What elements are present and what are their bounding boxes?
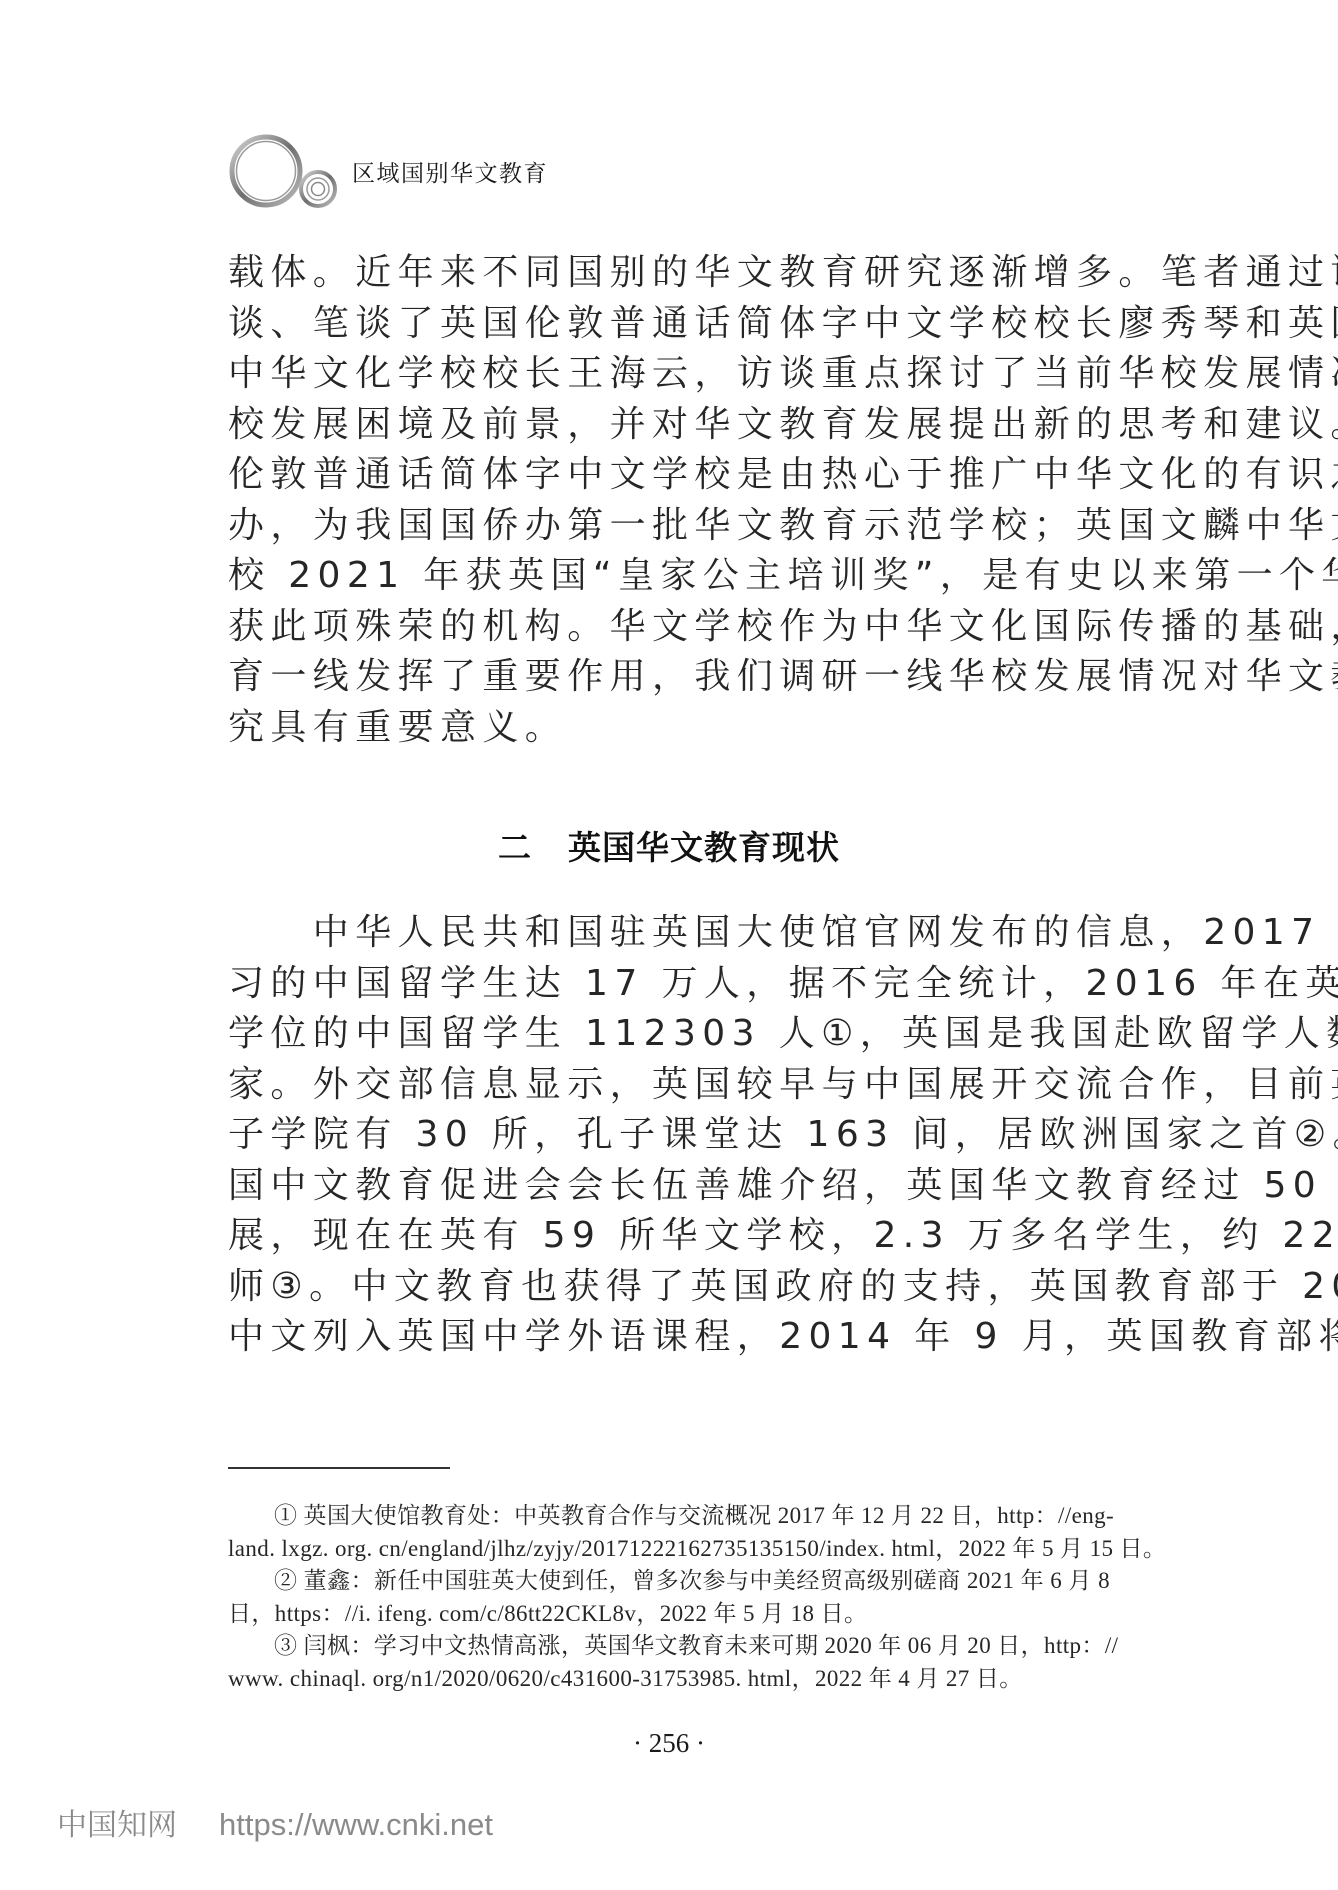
text-line: 中华人民共和国驻英国大使馆官网发布的信息，2017 年到英学 [228, 908, 1110, 959]
body-paragraph-1: 载体。近年来不同国别的华文教育研究逐渐增多。笔者通过语音访 谈、笔谈了英国伦敦普… [228, 248, 1110, 753]
footnote-3-line-2: www. chinaql. org/n1/2020/0620/c431600-3… [228, 1663, 1110, 1696]
text-line: 育一线发挥了重要作用，我们调研一线华校发展情况对华文教育研 [228, 652, 1110, 703]
section-number: 二 [498, 828, 532, 867]
text-line: 家。外交部信息显示，英国较早与中国展开交流合作，目前英国孔 [228, 1060, 1110, 1111]
text-line: 展，现在在英有 59 所华文学校，2.3 万多名学生，约 2200 位教 [228, 1211, 1110, 1262]
running-header: 区域国别华文教育 [228, 133, 628, 209]
section-heading: 二英国华文教育现状 [498, 822, 840, 869]
text-line: 载体。近年来不同国别的华文教育研究逐渐增多。笔者通过语音访 [228, 248, 1110, 299]
text-line: 究具有重要意义。 [228, 703, 1110, 754]
text-line: 中华文化学校校长王海云，访谈重点探讨了当前华校发展情况，华 [228, 349, 1110, 400]
text-line: 校 2021 年获英国“皇家公主培训奖”，是有史以来第一个华人品牌 [228, 551, 1110, 602]
footnote-divider [228, 1467, 450, 1469]
footnote-3-line-1: ③ 闫枫：学习中文热情高涨，英国华文教育未来可期 2020 年 06 月 20 … [228, 1630, 1110, 1663]
text-line: 谈、笔谈了英国伦敦普通话简体字中文学校校长廖秀琴和英国文麟 [228, 299, 1110, 350]
text-line: 师③。中文教育也获得了英国政府的支持，英国教育部于 2004 年将 [228, 1262, 1110, 1313]
watermark: 中国知网https://www.cnki.net [57, 1800, 493, 1844]
text-line: 办，为我国国侨办第一批华文教育示范学校；英国文麟中华文化学 [228, 501, 1110, 552]
section-title: 英国华文教育现状 [568, 828, 840, 867]
watermark-brand: 中国知网 [57, 1808, 177, 1843]
running-header-title: 区域国别华文教育 [352, 155, 548, 188]
footnotes: ① 英国大使馆教育处：中英教育合作与交流概况 2017 年 12 月 22 日，… [228, 1500, 1110, 1695]
watermark-url: https://www.cnki.net [219, 1807, 493, 1842]
text-line: 中文列入英国中学外语课程，2014 年 9 月，英国教育部将中文列为 [228, 1312, 1110, 1363]
body-paragraph-2: 中华人民共和国驻英国大使馆官网发布的信息，2017 年到英学 习的中国留学生达 … [228, 908, 1110, 1363]
text-line: 国中文教育促进会会长伍善雄介绍，英国华文教育经过 50 年的发 [228, 1161, 1110, 1212]
text-line: 校发展困境及前景，并对华文教育发展提出新的思考和建议。英国 [228, 400, 1110, 451]
text-line: 学位的中国留学生 112303 人①，英国是我国赴欧留学人数最多的国 [228, 1009, 1110, 1060]
text-line: 伦敦普通话简体字中文学校是由热心于推广中华文化的有识之士创 [228, 450, 1110, 501]
footnote-2-line-2: 日，https：//i. ifeng. com/c/86tt22CKL8v，20… [228, 1598, 1110, 1631]
page-number: · 256 · [0, 1728, 1338, 1759]
double-ring-logo-icon [228, 133, 340, 209]
text-line: 获此项殊荣的机构。华文学校作为中华文化国际传播的基础，在教 [228, 602, 1110, 653]
footnote-2-line-1: ② 董鑫：新任中国驻英大使到任，曾多次参与中美经贸高级别磋商 2021 年 6 … [228, 1565, 1110, 1598]
footnote-1-line-1: ① 英国大使馆教育处：中英教育合作与交流概况 2017 年 12 月 22 日，… [228, 1500, 1110, 1533]
text-line: 习的中国留学生达 17 万人，据不完全统计，2016 年在英攻读本科 [228, 959, 1110, 1010]
text-line: 子学院有 30 所，孔子课堂达 163 间，居欧洲国家之首②。2020 年英 [228, 1110, 1110, 1161]
footnote-1-line-2: land. lxgz. org. cn/england/jlhz/zyjy/20… [228, 1533, 1110, 1566]
